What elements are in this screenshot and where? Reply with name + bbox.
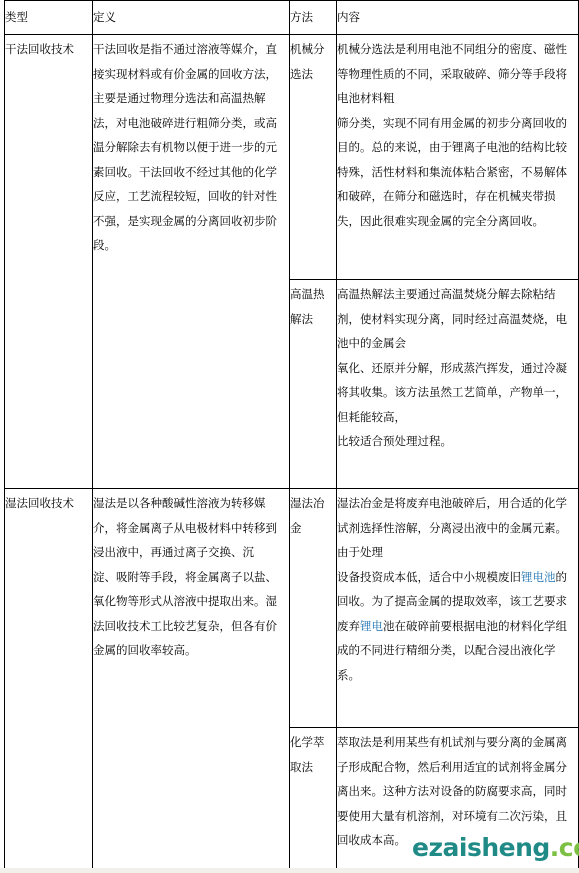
content-line: 但耗能较高， <box>337 405 567 430</box>
table-top-border <box>4 0 579 1</box>
col-border-left <box>4 0 5 868</box>
row-dry-type: 干法回收技术 <box>5 37 74 62</box>
method-name-line: 湿法冶 <box>290 491 325 516</box>
content-line: 回收。为了提高金属的提取效率，该工艺要求 <box>337 589 567 614</box>
content-line: 等物理性质的不同，采取破碎、筛分等手段将 <box>337 62 567 87</box>
content-line: 氧化、还原并分解，形成蒸汽挥发，通过冷凝 <box>337 356 567 381</box>
definition-line: 浸出液中，再通过离子交换、沉 <box>93 540 277 565</box>
definition-line: 主要是通过物理分选法和高温热解 <box>93 86 277 111</box>
content-line: 离出来。这种方法对设备的防腐要求高，同时 <box>337 779 567 804</box>
method-pyrolysis-content: 高温热解法主要通过高温焚烧分解去除粘结 剂，使材料实现分离，同时经过高温焚烧，电… <box>337 282 567 454</box>
definition-line: 湿法是以各种酸碱性溶液为转移媒 <box>93 491 277 516</box>
definition-line: 法，对电池破碎进行粗筛分类，或高 <box>93 111 277 136</box>
definition-line: 段。 <box>93 233 277 258</box>
method-name-line: 机械分 <box>290 37 325 62</box>
content-line: 和破碎，在筛分和磁选时，存在机械夹带损 <box>337 184 567 209</box>
type-label: 干法回收技术 <box>5 37 74 62</box>
method-name-line: 选法 <box>290 62 325 87</box>
content-line: 要使用大量有机溶剂，对环境有二次污染，且 <box>337 804 567 829</box>
row-wet-type: 湿法回收技术 <box>5 491 74 516</box>
header-definition: 定义 <box>93 10 116 24</box>
content-line: 高温热解法主要通过高温焚烧分解去除粘结 <box>337 282 567 307</box>
definition-line: 反应，工艺流程较短，回收的针对性 <box>93 184 277 209</box>
definition-line: 金属的回收率较高。 <box>93 638 277 663</box>
header-method: 方法 <box>290 10 313 24</box>
content-line: 池中的金属会 <box>337 331 567 356</box>
content-text: 废弃 <box>337 619 360 633</box>
header-bottom-border <box>4 34 579 35</box>
method-name-line: 化学萃 <box>290 730 325 755</box>
content-line: 湿法冶金是将废弃电池破碎后，用合适的化学 <box>337 491 567 516</box>
definition-line: 氧化物等形式从溶液中提取出来。湿 <box>93 589 277 614</box>
content-line: 试剂选择性溶解，分离浸出液中的金属元素。 <box>337 516 567 541</box>
method-extraction-name: 化学萃 取法 <box>290 730 325 779</box>
dry-row-bottom-border <box>4 488 579 489</box>
content-line: 成的不同进行精细分类，以配合浸出液化学 <box>337 638 567 663</box>
wet-method-divider <box>289 727 579 728</box>
dry-method-divider <box>289 279 579 280</box>
method-name-line: 解法 <box>290 307 325 332</box>
definition-line: 淀、吸附等手段，将金属离子以盐、 <box>93 565 277 590</box>
definition-line: 接实现材料或有价金属的回收方法， <box>93 62 277 87</box>
method-name-line: 取法 <box>290 755 325 780</box>
content-text: 的 <box>556 570 568 584</box>
type-label: 湿法回收技术 <box>5 491 74 516</box>
definition-line: 法回收技术工比较艺复杂，但各有价 <box>93 614 277 639</box>
header-type: 类型 <box>5 10 28 24</box>
content-line: 萃取法是利用某些有机试剂与要分离的金属离 <box>337 730 567 755</box>
content-line: 废弃锂电池在破碎前要根据电池的材料化学组 <box>337 614 567 639</box>
method-pyrolysis-name: 高温热 解法 <box>290 282 325 331</box>
content-line: 特殊，活性材料和集流体粘合紧密，不易解体 <box>337 160 567 185</box>
content-line: 将其收集。该方法虽然工艺简单，产物单一， <box>337 380 567 405</box>
watermark-suffix: .com <box>550 833 579 862</box>
method-hydrometallurgy-name: 湿法冶 金 <box>290 491 325 540</box>
header-content: 内容 <box>337 10 360 24</box>
definition-line: 干法回收是指不通过溶液等媒介，直 <box>93 37 277 62</box>
method-mechanical-content: 机械分选法是利用电池不同组分的密度、磁性 等物理性质的不同，采取破碎、筛分等手段… <box>337 37 567 233</box>
method-name-line: 金 <box>290 516 325 541</box>
definition-line: 不强，是实现金属的分离回收初步阶 <box>93 209 277 234</box>
lithium-battery-link[interactable]: 锂电池 <box>521 570 556 584</box>
content-line: 目的。总的来说，由于锂离子电池的结构比较 <box>337 135 567 160</box>
content-line: 由于处理 <box>337 540 567 565</box>
content-text: 池在破碎前要根据电池的材料化学组 <box>383 619 567 633</box>
content-line: 机械分选法是利用电池不同组分的密度、磁性 <box>337 37 567 62</box>
content-line: 设备投资成本低，适合中小规模废旧锂电池的 <box>337 565 567 590</box>
watermark-main: ezaisheng <box>412 833 550 862</box>
definition-line: 素回收。干法回收不经过其他的化学 <box>93 160 277 185</box>
content-line: 电池材料粗 <box>337 86 567 111</box>
definition-line: 介，将金属离子从电极材料中转移到 <box>93 516 277 541</box>
content-line: 系。 <box>337 663 567 688</box>
content-line: 子形成配合物，然后利用适宜的试剂将金属分 <box>337 755 567 780</box>
method-hydrometallurgy-content: 湿法冶金是将废弃电池破碎后，用合适的化学 试剂选择性溶解，分离浸出液中的金属元素… <box>337 491 567 687</box>
row-wet-definition: 湿法是以各种酸碱性溶液为转移媒 介，将金属离子从电极材料中转移到 浸出液中，再通… <box>93 491 277 663</box>
method-mechanical-name: 机械分 选法 <box>290 37 325 86</box>
bottom-edge <box>0 868 579 873</box>
content-text: 设备投资成本低，适合中小规模废旧 <box>337 570 521 584</box>
content-line: 剂，使材料实现分离，同时经过高温焚烧，电 <box>337 307 567 332</box>
method-name-line: 高温热 <box>290 282 325 307</box>
definition-line: 温分解除去有机物以便于进一步的元 <box>93 135 277 160</box>
row-dry-definition: 干法回收是指不通过溶液等媒介，直 接实现材料或有价金属的回收方法， 主要是通过物… <box>93 37 277 258</box>
site-watermark: ezaisheng.com <box>412 833 579 863</box>
content-line: 比较适合预处理过程。 <box>337 429 567 454</box>
content-line: 筛分类，实现不同有用金属的初步分离回收的 <box>337 111 567 136</box>
content-line: 失，因此很难实现金属的完全分离回收。 <box>337 209 567 234</box>
lithium-battery-link[interactable]: 锂电 <box>360 619 383 633</box>
